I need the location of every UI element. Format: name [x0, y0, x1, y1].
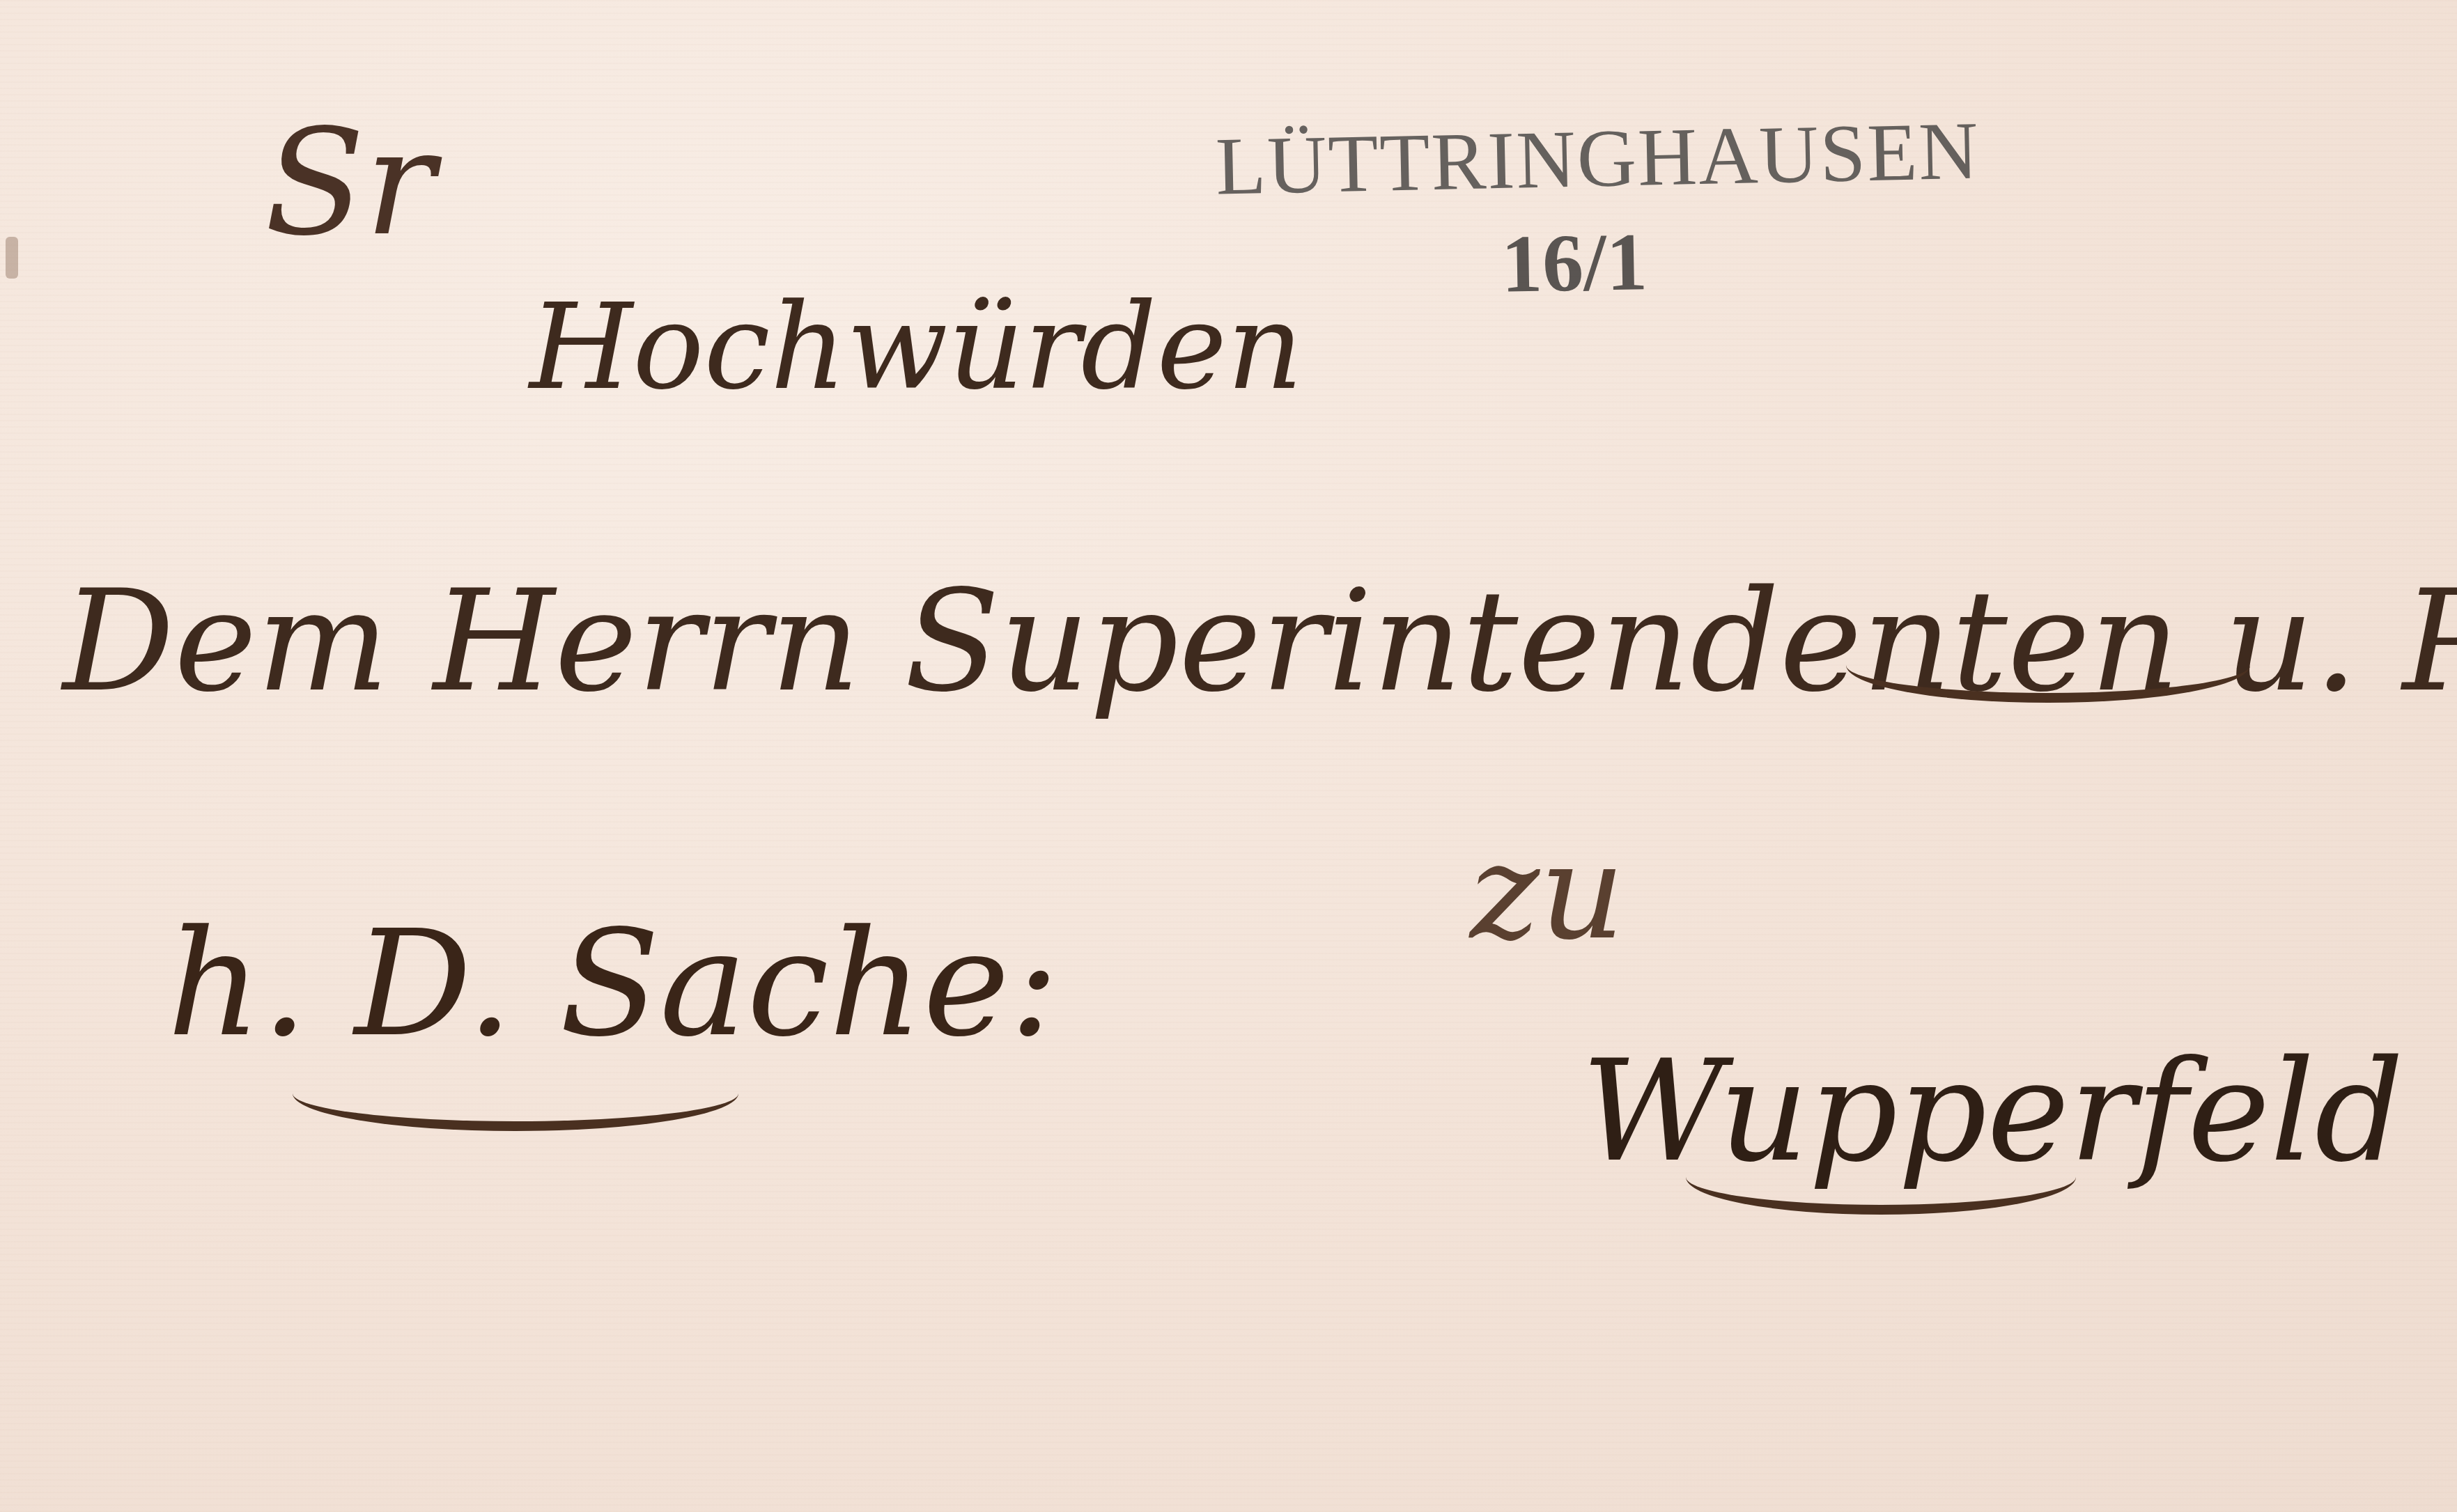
letter-cover: LÜTTRINGHAUSEN 16/1 Sr Hochwürden Dem He… — [0, 0, 2457, 1512]
postmark-town: LÜTTRINGHAUSEN — [1215, 104, 1981, 215]
preposition: zu — [1470, 815, 1625, 969]
destination-town: Wupperfeld — [1581, 1031, 2404, 1193]
service-annotation: h. D. Sache: — [167, 898, 1059, 1069]
edge-stain — [6, 237, 18, 279]
annotation-underline-flourish — [293, 1093, 738, 1131]
postmark-date: 16/1 — [1501, 215, 1648, 312]
salutation: Sr — [265, 98, 435, 268]
honorific: Hochwürden — [529, 279, 1303, 416]
town-underline-flourish — [1686, 1177, 2076, 1215]
